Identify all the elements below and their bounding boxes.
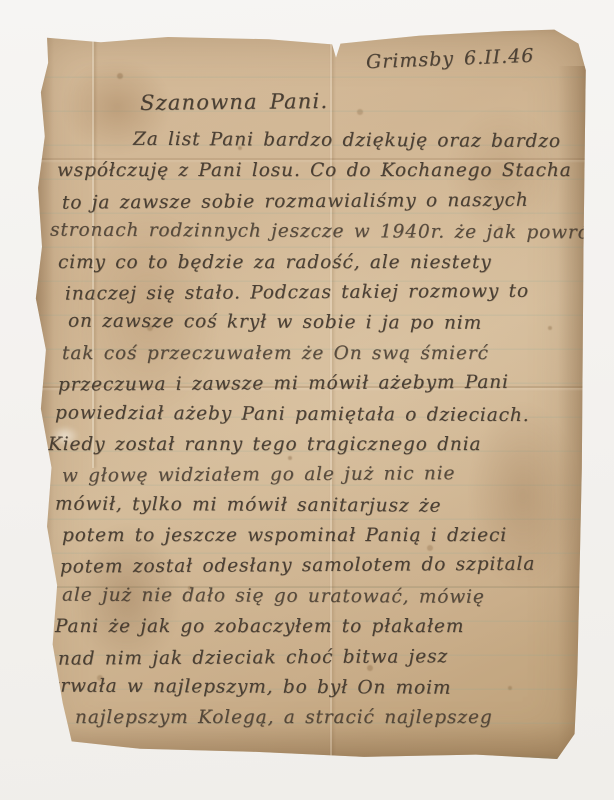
age-speckles — [28, 26, 32, 30]
letter-line: trwała w najlepszym, bo był On moim — [52, 672, 586, 705]
letter-line: najlepszym Kolegą, a stracić najlepszeg — [75, 703, 586, 733]
letter-line: cimy co to będzie za radość, ale niestet… — [58, 248, 586, 278]
letter-line: przeczuwa i zawsze mi mówił ażebym Pani — [58, 368, 586, 402]
letter-body: Za list Pani bardzo dziękuję oraz bardzo… — [48, 126, 586, 734]
letter-line: on zawsze coś krył w sobie i ja po nim — [68, 307, 586, 340]
letter-line: inaczej się stało. Podczas takiej rozmow… — [65, 276, 586, 310]
letter-line: Pani że jak go zobaczyłem to płakałem — [55, 612, 586, 642]
letter-line: tak coś przeczuwałem że On swą śmierć — [62, 339, 586, 369]
letter-line: mówił, tylko mi mówił sanitarjusz że — [55, 489, 586, 522]
letter-line: ale już nie dało się go uratować, mówię — [62, 580, 586, 613]
letter-line: Za list Pani bardzo dziękuję oraz bardzo — [133, 125, 586, 158]
letter-line: to ja zawsze sobie rozmawialiśmy o naszy… — [62, 185, 586, 219]
letter-paper: Grimsby 6.II.46 Szanowna Pani. Za list P… — [28, 26, 588, 762]
salutation: Szanowna Pani. — [140, 89, 329, 115]
dateline: Grimsby 6.II.46 — [366, 45, 535, 73]
letter-line: potem to jeszcze wspominał Panią i dziec… — [62, 521, 586, 551]
letter-line: Kiedy został ranny tego tragicznego dnia — [48, 430, 586, 460]
letter-line: potem został odesłany samolotem do szpit… — [60, 550, 586, 584]
letter-line: stronach rodzinnych jeszcze w 1940r. że … — [50, 216, 586, 249]
letter-line: współczuję z Pani losu. Co do Kochanego … — [57, 156, 586, 186]
letter-line: powiedział ażeby Pani pamiętała o dzieci… — [55, 398, 586, 431]
letter-line: w głowę widziałem go ale już nic nie — [62, 459, 586, 493]
letter-line: nad nim jak dzieciak choć bitwa jesz — [58, 641, 586, 675]
scanner-background: Grimsby 6.II.46 Szanowna Pani. Za list P… — [0, 0, 614, 800]
